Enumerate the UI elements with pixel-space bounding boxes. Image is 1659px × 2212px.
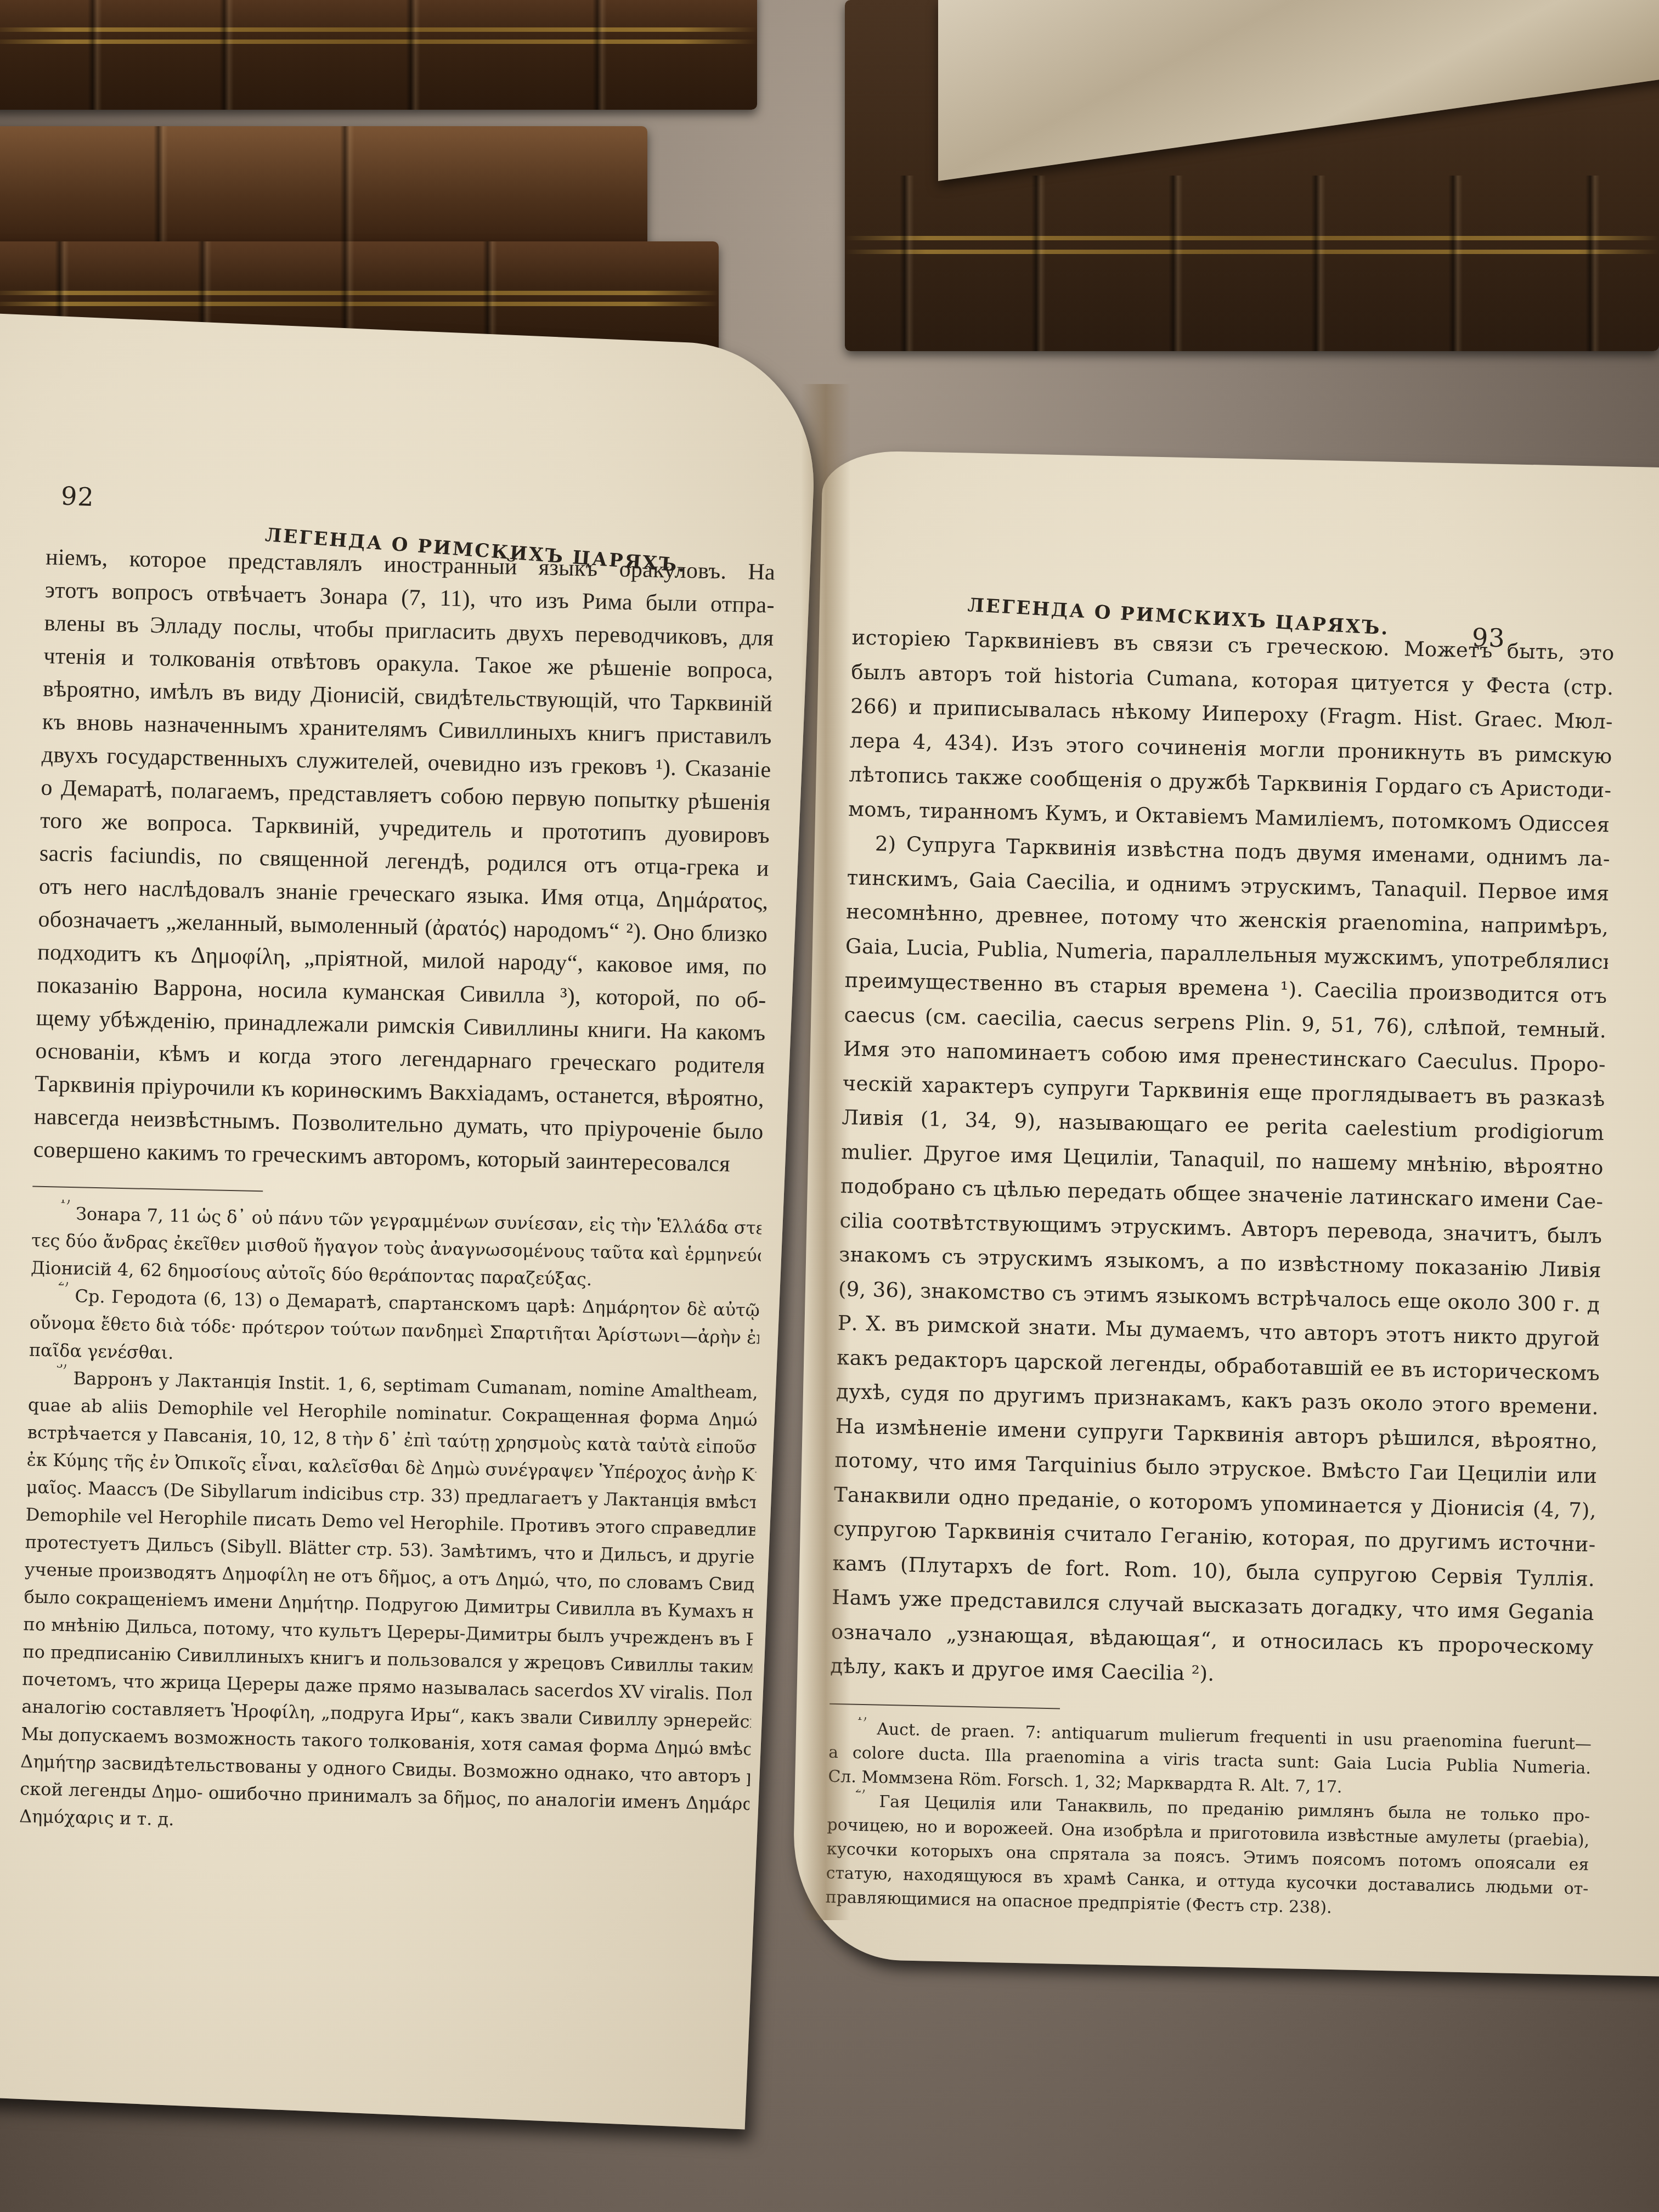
footnote-marker: 1) [60, 1199, 71, 1206]
left-page: 92 ЛЕГЕНДА О РИМСКИХЪ ЦАРЯХЪ. ніемъ, кот… [0, 313, 820, 2129]
book-spine [0, 0, 757, 110]
footnote-text: Δημόχαρις и т. д. [19, 1805, 174, 1830]
footnote-marker: 1) [856, 1716, 867, 1722]
body-text: ніемъ, которое представлялъ иностранный … [33, 541, 776, 1182]
book-spine [0, 126, 647, 247]
footnote-rule [830, 1703, 1060, 1709]
footnote-rule [32, 1186, 263, 1192]
antique-books-right [845, 0, 1659, 357]
antique-books-left [0, 0, 763, 362]
body-text: исторіею Тарквиніевъ въ связи съ греческ… [830, 620, 1615, 1699]
footnote-marker: 2) [855, 1788, 866, 1795]
footnotes: 1) Auct. de praen. 7: antiquarum mulieru… [825, 1716, 1592, 1925]
footnote-marker: 2) [58, 1282, 69, 1288]
right-page: 93 ЛЕГЕНДА О РИМСКИХЪ ЦАРЯХЪ. исторіею Т… [791, 450, 1659, 1977]
footnotes: 1) Зонара 7, 11 ὡς δ᾽ οὐ πάνυ τῶν γεγραμ… [19, 1199, 762, 1846]
footnote-marker: 3) [56, 1363, 67, 1370]
footnote-text: παῖδα γενέσθαι. [29, 1339, 174, 1363]
